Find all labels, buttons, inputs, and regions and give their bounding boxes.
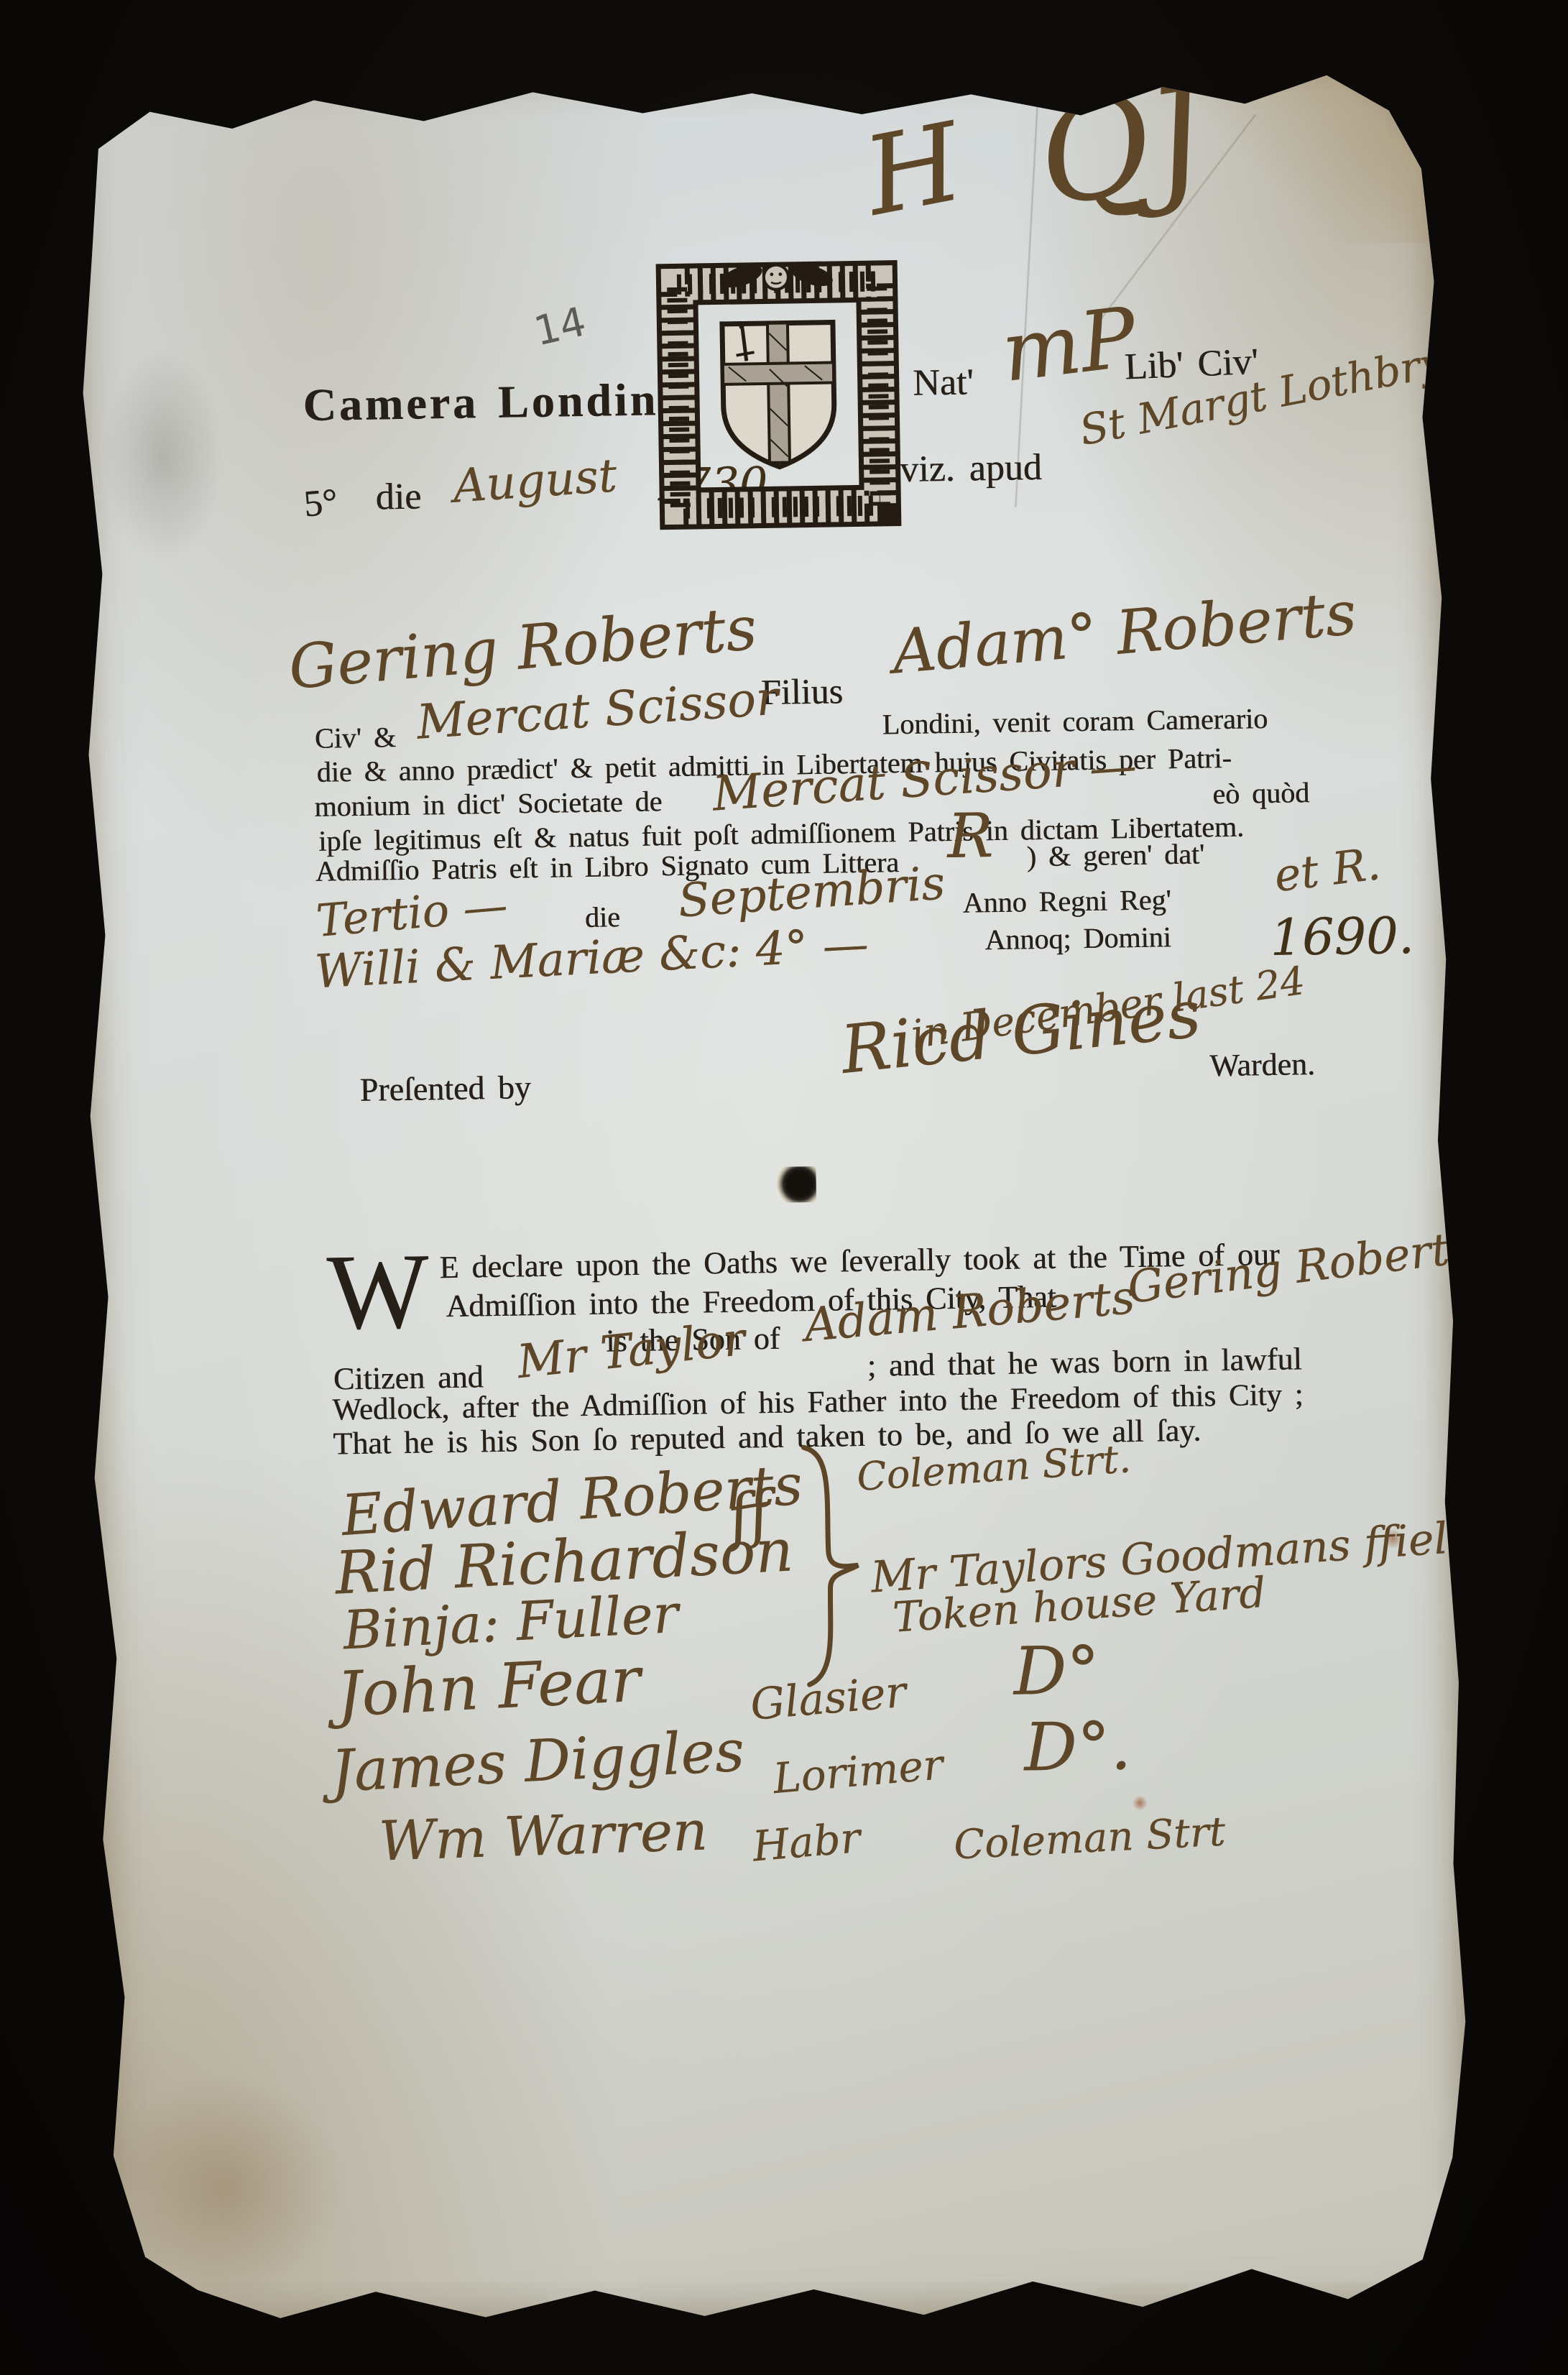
day-numeral: 5° bbox=[303, 483, 339, 525]
witness-trade-3: Glasier bbox=[749, 1670, 908, 1728]
declaration-name3-handwritten: Mr Taylor bbox=[515, 1316, 747, 1388]
register-letter-handwritten: R bbox=[946, 804, 993, 869]
drop-cap-w: W bbox=[326, 1237, 430, 1346]
anno-regni-label: Anno Regni Reg' bbox=[962, 885, 1171, 918]
latin-line3-start: monium in dict' Societate de bbox=[314, 786, 663, 822]
latin-line3-end: eò quòd bbox=[1212, 778, 1309, 809]
nat-label: Nat' bbox=[913, 363, 974, 403]
witness-name-3: John Fear bbox=[336, 1648, 642, 1728]
corner-stain bbox=[106, 2070, 346, 2304]
admission-day-handwritten: Tertio — bbox=[314, 881, 509, 944]
latin-line5-end: ) & geren' dat' bbox=[1026, 839, 1204, 872]
presented-by-label: Preſented by bbox=[359, 1070, 531, 1107]
die-label-2: die bbox=[585, 902, 621, 933]
witness-trade-5: Habr bbox=[751, 1816, 862, 1868]
year-1690-handwritten: 1690. bbox=[1270, 910, 1415, 965]
declaration-name1-handwritten: Gering Roberts bbox=[1125, 1223, 1474, 1311]
worm-hole bbox=[773, 1166, 816, 1203]
et-r-handwritten: et R. bbox=[1272, 840, 1383, 899]
latin-line1-rest: Londini, venit coram Camerario bbox=[882, 704, 1268, 739]
warden-signature: Ricd Gines bbox=[838, 979, 1204, 1086]
folded-corner bbox=[1199, 55, 1439, 246]
pencil-folio-number: 14 bbox=[530, 301, 590, 354]
die-label: die bbox=[375, 477, 421, 517]
latin-line1-start: Civ' & bbox=[315, 722, 397, 754]
witness-name-5: Wm Warren bbox=[378, 1802, 709, 1870]
viz-apud-label: viz. apud bbox=[900, 448, 1042, 490]
paper-sheet: H QJ 14 Camera Londini, Nat' mP Lib' Civ… bbox=[67, 55, 1471, 2337]
fox-spot bbox=[1133, 1796, 1147, 1810]
month-handwritten: August bbox=[451, 452, 618, 512]
top-left-ink-flourish: H bbox=[857, 106, 970, 235]
smudge-stain bbox=[100, 348, 226, 566]
nat-ink-flourish: mP bbox=[997, 295, 1141, 397]
witness-address-3: D° bbox=[1013, 1636, 1100, 1707]
witness-trade-4: Lorimer bbox=[771, 1743, 944, 1801]
top-right-ink-flourish: QJ bbox=[1028, 63, 1215, 230]
warden-label: Warden. bbox=[1209, 1048, 1315, 1082]
declaration-line4b: ; and that he was born in lawful bbox=[867, 1342, 1302, 1383]
page-title: Camera Londini, bbox=[303, 375, 688, 430]
father-name-handwritten: Adam° Roberts bbox=[890, 581, 1358, 684]
witness-address-5: Coleman Strt bbox=[953, 1812, 1227, 1868]
witness-address-4: D°. bbox=[1023, 1712, 1132, 1783]
photograph-of-document: { "colors": { "background": "#0d0b09", "… bbox=[0, 0, 1568, 2375]
annoq-domini-label: Annoq; Domini bbox=[984, 922, 1171, 955]
city-of-london-crest-icon bbox=[652, 252, 904, 536]
witness-name-4: James Diggles bbox=[330, 1721, 746, 1802]
